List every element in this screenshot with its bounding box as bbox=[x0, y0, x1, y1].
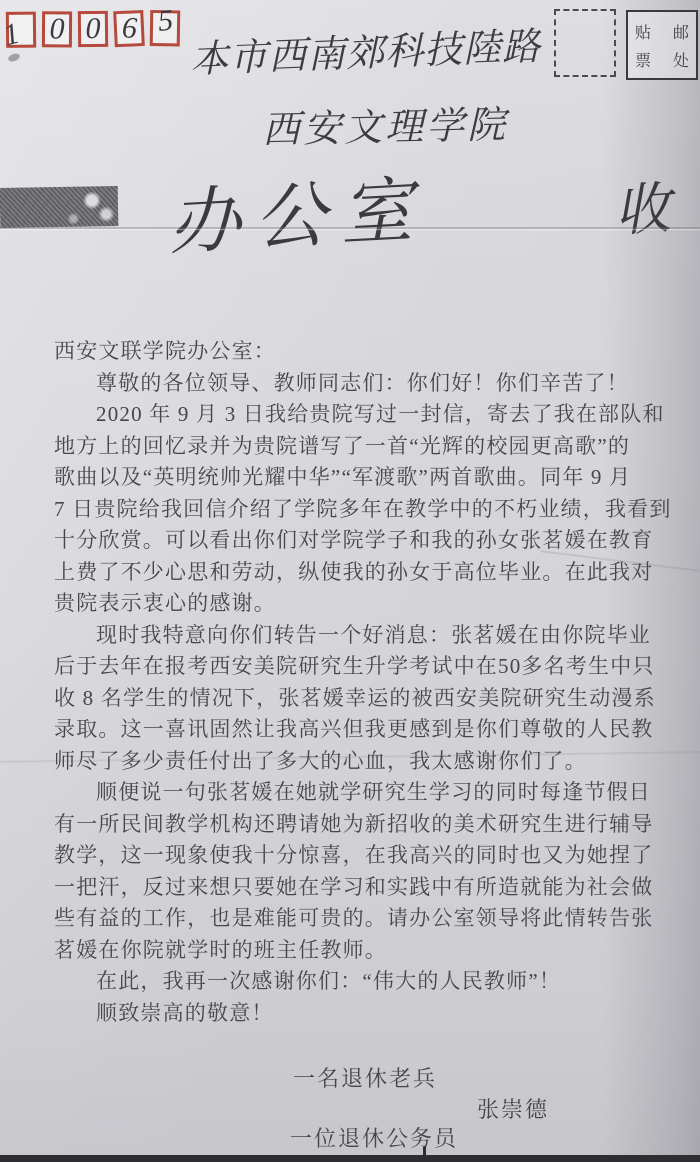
letter-line: 教学，这一现象使我十分惊喜，在我高兴的同时也又为她捏了 bbox=[54, 840, 654, 872]
letter-line: 2020 年 9 月 3 日我给贵院写过一封信，寄去了我在部队和 bbox=[54, 399, 654, 431]
stamp-char-piao: 票 bbox=[635, 48, 651, 71]
postal-code-box: 5 bbox=[150, 10, 181, 46]
letter-line: 后于去年在报考西安美院研究生升学考试中在50多名考生中只 bbox=[54, 651, 654, 683]
photo-bottom-edge bbox=[0, 1155, 700, 1162]
paper-speck bbox=[7, 52, 21, 63]
envelope-address-line2: 西安文理学院 bbox=[261, 93, 508, 153]
letter-line: 茗媛在你院就学时的班主任教师。 bbox=[54, 935, 654, 967]
postal-code-digit: 0 bbox=[85, 14, 100, 44]
stamp-char-tie: 贴 bbox=[635, 20, 651, 43]
letter-line: 些有益的工作，也是难能可贵的。请办公室领导将此情转告张 bbox=[54, 903, 654, 935]
signature-name: 张崇德 bbox=[477, 1093, 549, 1124]
letter-line: 顺便说一句张茗媛在她就学研究生学习的同时每逢节假日 bbox=[54, 777, 654, 809]
letter-lines: 西安文联学院办公室：尊敬的各位领导、教师同志们：你们好！你们辛苦了！2020 年… bbox=[54, 336, 654, 1029]
letter-line: 录取。这一喜讯固然让我高兴但我更感到是你们尊敬的人民教 bbox=[54, 714, 654, 746]
letter-line: 现时我特意向你们转告一个好消息：张茗媛在由你院毕业 bbox=[54, 620, 654, 652]
stamp-outline-dashed-box bbox=[554, 9, 616, 77]
letter-line: 地方上的回忆录并为贵院谱写了一首“光辉的校园更高歌”的 bbox=[54, 431, 654, 463]
stamp-area-box: 贴 邮 票 处 bbox=[626, 10, 698, 80]
letter-line: 7 日贵院给我回信介绍了学院多年在教学中的不朽业绩，我看到 bbox=[54, 494, 654, 526]
signature-role-veteran: 一名退休老兵 bbox=[293, 1062, 437, 1093]
letter-line: 上费了不少心思和劳动，纵使我的孙女于高位毕业。在此我对 bbox=[54, 557, 654, 589]
stamp-char-chu: 处 bbox=[673, 48, 689, 71]
letter-line: 歌曲以及“英明统帅光耀中华”“军渡歌”两首歌曲。同年 9 月 bbox=[54, 462, 654, 494]
letter-line: 在此，我再一次感谢你们：“伟大的人民教师”！ bbox=[54, 966, 654, 998]
letter-line: 西安文联学院办公室： bbox=[54, 336, 654, 368]
signature-role-civil-servant: 一位退休公务员 bbox=[290, 1122, 458, 1153]
letter-line: 十分欣赏。可以看出你们对学院学子和我的孙女张茗媛在教育 bbox=[54, 525, 654, 557]
letter-line: 师尽了多少责任付出了多大的心血，我太感谢你们了。 bbox=[54, 746, 654, 778]
envelope-address-line1: 本市西南郊科技陸路 bbox=[189, 16, 521, 84]
postal-code-box: 0 bbox=[42, 11, 72, 47]
postal-code-box: 0 bbox=[78, 11, 108, 47]
postal-code-digit: 5 bbox=[156, 6, 174, 37]
letter-line: 收 8 名学生的情况下，张茗媛幸运的被西安美院研究生动漫系 bbox=[54, 683, 654, 715]
letter-line: 一把汗，反过来想只要她在学习和实践中有所造就能为社会做 bbox=[54, 872, 654, 904]
letter-line: 有一所民间教学机构还聘请她为新招收的美术研究生进行辅导 bbox=[54, 809, 654, 841]
scanned-letter-page: 10065 本市西南郊科技陸路 西安文理学院 办公室 收 贴 邮 票 处 西安文… bbox=[0, 0, 700, 1162]
postal-code-digit: 0 bbox=[49, 14, 64, 44]
envelope-receive-mark: 收 bbox=[611, 164, 672, 248]
postmark-smudge bbox=[0, 186, 118, 228]
postal-code-box: 1 bbox=[6, 12, 36, 48]
paper-crease-horizontal bbox=[0, 227, 700, 229]
letter-line: 顺致崇高的敬意！ bbox=[54, 998, 654, 1030]
postal-code-box: 6 bbox=[113, 10, 145, 47]
postal-code-digit: 6 bbox=[121, 13, 138, 44]
stamp-char-you: 邮 bbox=[673, 20, 689, 43]
letter-body: 西安文联学院办公室：尊敬的各位领导、教师同志们：你们好！你们辛苦了！2020 年… bbox=[54, 336, 654, 1029]
postal-code-boxes: 10065 bbox=[6, 10, 180, 48]
postal-code-digit: 1 bbox=[0, 18, 22, 51]
letter-line: 贵院表示衷心的感谢。 bbox=[54, 588, 654, 620]
envelope-recipient-handwriting: 办公室 bbox=[165, 151, 428, 268]
letter-line: 尊敬的各位领导、教师同志们：你们好！你们辛苦了！ bbox=[54, 368, 654, 400]
